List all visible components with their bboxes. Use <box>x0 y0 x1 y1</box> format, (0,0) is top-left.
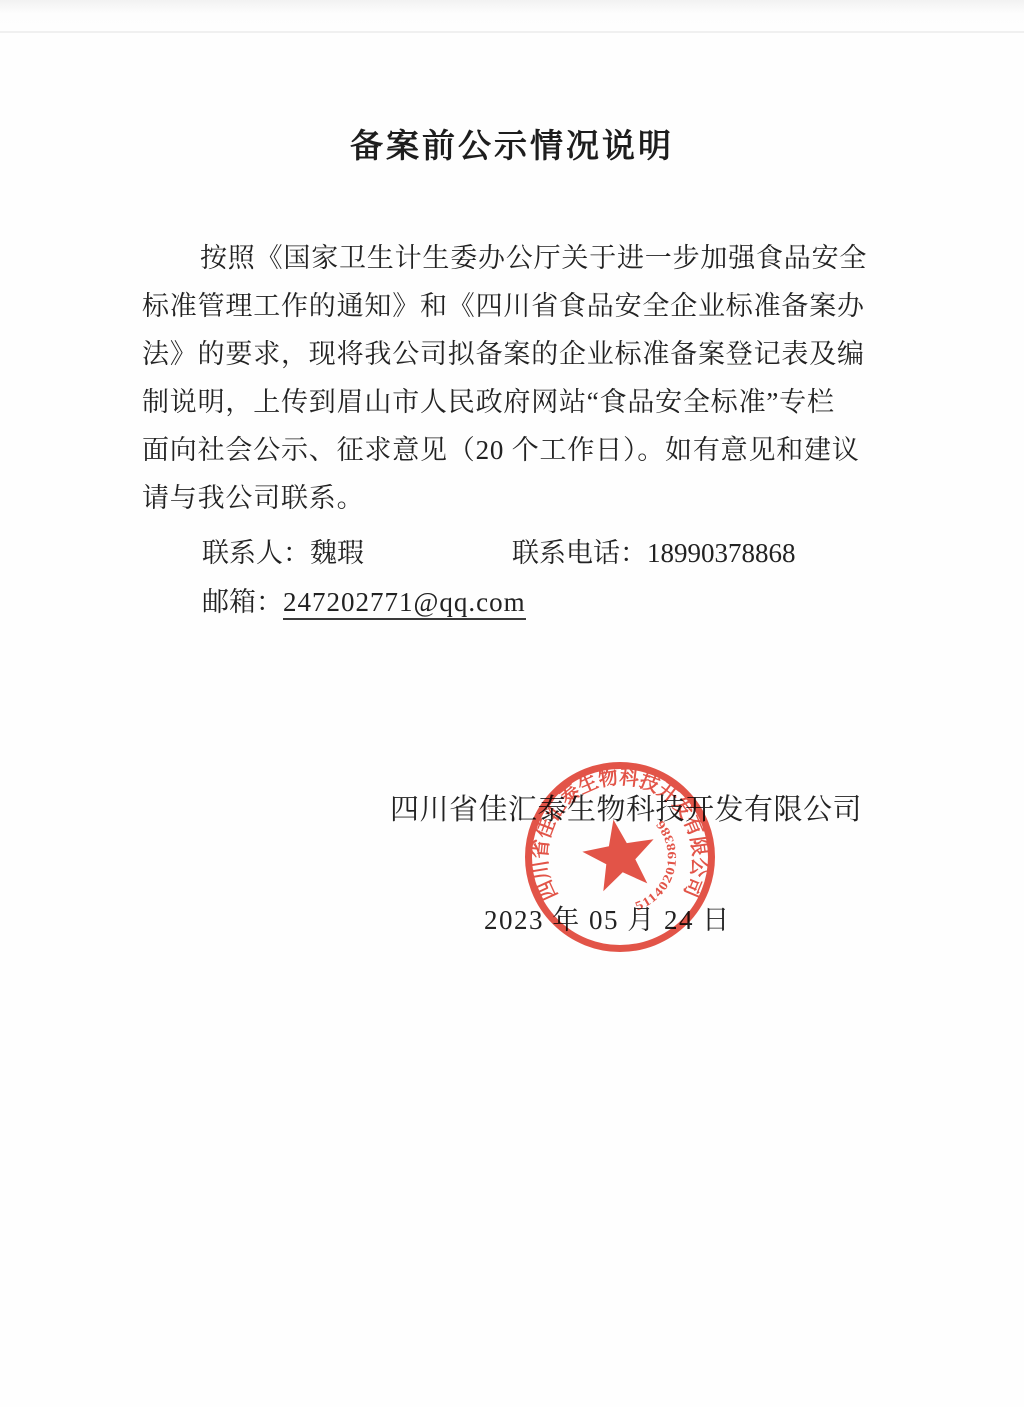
document-title: 备案前公示情况说明 <box>0 120 1024 167</box>
paragraph-line: 按照《国家卫生计生委办公厅关于进一步加强食品安全 <box>142 234 890 282</box>
seal-star-icon <box>582 820 653 892</box>
contact-person-name: 魏瑕 <box>310 538 364 568</box>
seal-ring-text: 四川省佳汇泰生物科技开发有限公司 <box>527 765 711 904</box>
signature-company-name: 四川省佳汇泰生物科技开发有限公司 <box>390 787 862 828</box>
contact-phone-group: 联系电话：18990378868 <box>512 533 796 573</box>
contact-phone-label: 联系电话： <box>512 538 647 568</box>
contact-phone-number: 18990378868 <box>647 538 796 568</box>
email-address: 247202771@qq.com <box>283 587 526 620</box>
paragraph-line: 法》的要求，现将我公司拟备案的企业标准备案登记表及编 <box>142 330 890 378</box>
paragraph-line: 请与我公司联系。 <box>142 474 890 522</box>
scan-streak-artifact <box>0 31 1024 33</box>
document-page: 备案前公示情况说明 按照《国家卫生计生委办公厅关于进一步加强食品安全 标准管理工… <box>0 0 1024 1407</box>
signature-date: 2023 年 05 月 24 日 <box>484 898 731 937</box>
scan-edge-artifact <box>0 0 1024 34</box>
paragraph-line: 标准管理工作的通知》和《四川省食品安全企业标准备案办 <box>142 282 890 330</box>
contact-person-label: 联系人： <box>202 538 310 568</box>
email-row: 邮箱：247202771@qq.com <box>202 582 526 622</box>
paragraph-line: 制说明，上传到眉山市人民政府网站“食品安全标准”专栏 <box>142 378 890 426</box>
paragraph-line: 面向社会公示、征求意见（20 个工作日）。如有意见和建议 <box>142 426 890 474</box>
contact-row: 联系人：魏瑕 联系电话：18990378868 <box>202 533 902 573</box>
email-label: 邮箱： <box>202 587 283 617</box>
svg-text:四川省佳汇泰生物科技开发有限公司: 四川省佳汇泰生物科技开发有限公司 <box>527 765 711 904</box>
body-paragraph: 按照《国家卫生计生委办公厅关于进一步加强食品安全 标准管理工作的通知》和《四川省… <box>142 234 890 522</box>
